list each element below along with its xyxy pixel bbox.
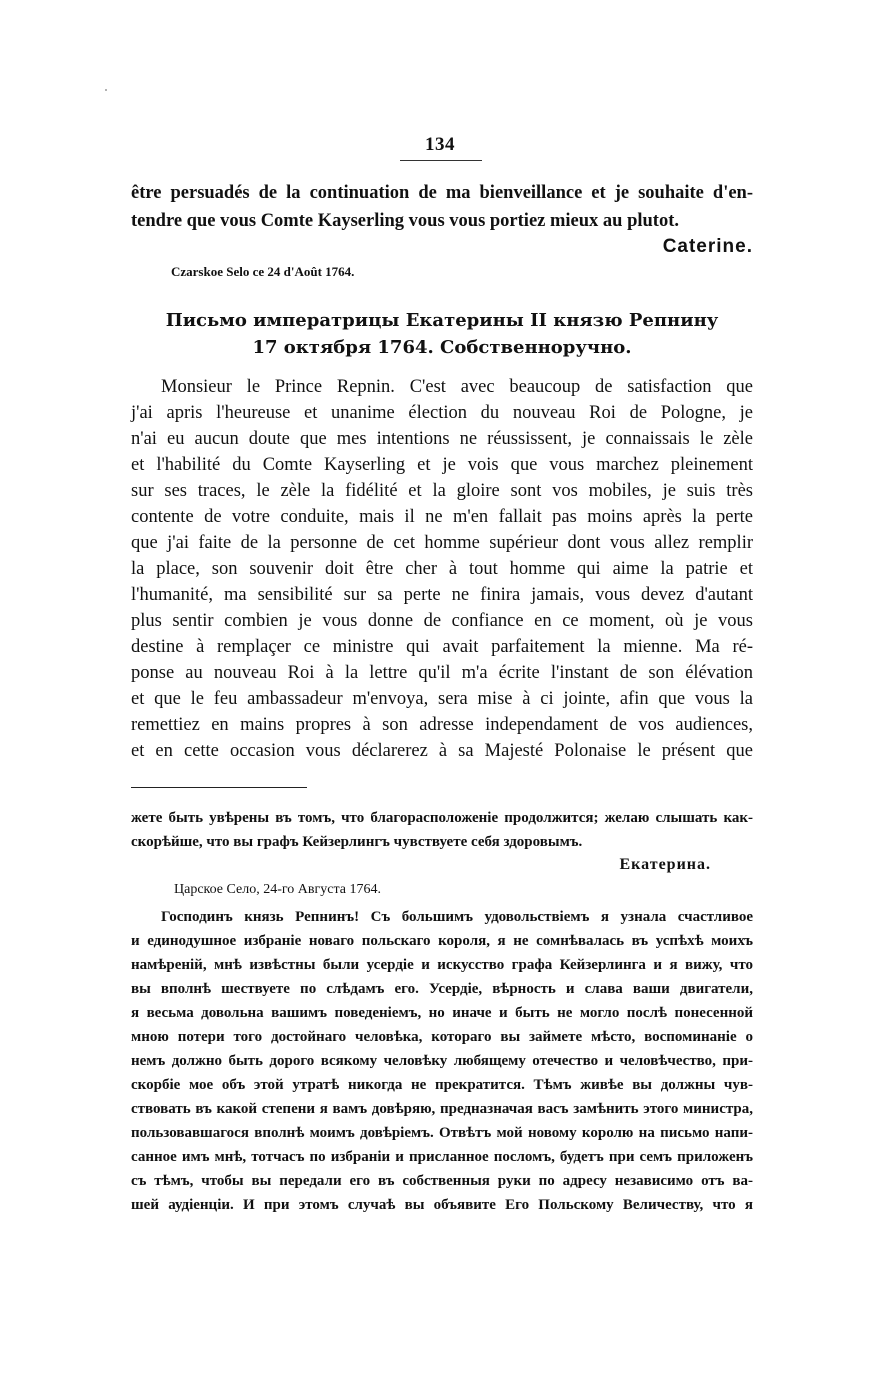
text-line: sur ses traces, le zèle la fidélité et l… [131, 478, 753, 504]
text-line: ствовать въ какой степени я вамъ довѣряю… [131, 1097, 753, 1121]
text-line: Господинъ князь Репнинъ! Съ большимъ удо… [131, 905, 753, 929]
signature: Екатерина. [619, 856, 711, 874]
section-heading: Письмо императрицы Екатерины II князю Ре… [131, 307, 753, 361]
text-line: plus sentir combien je vous donne de con… [131, 608, 753, 634]
text-line: et que le feu ambassadeur m'envoya, sera… [131, 686, 753, 712]
text-line: намѣренiй, мнѣ извѣстны были усердiе и и… [131, 953, 753, 977]
text-line: пользовавшагося вполнѣ моимъ довѣрiемъ. … [131, 1121, 753, 1145]
text-line: j'ai apris l'heureuse et unanime électio… [131, 400, 753, 426]
text-line: contente de votre conduite, mais il ne m… [131, 504, 753, 530]
letter-body-french: Monsieur le Prince Repnin. C'est avec be… [131, 374, 753, 774]
text-line: шей аудiенцiи. И при этомъ случаѣ вы объ… [131, 1193, 753, 1217]
text-line: l'humanité, ma sensibilité sur sa perte … [131, 582, 753, 608]
text-line: я весьма довольна вашимъ поведенiемъ, но… [131, 1001, 753, 1025]
footnote-rule [131, 787, 307, 788]
text-line: remettiez en mains propres à son adresse… [131, 712, 753, 738]
letter-date: Czarskoe Selo ce 24 d'Août 1764. [171, 264, 354, 280]
text-line: la place, son souvenir doit être cher à … [131, 556, 753, 582]
signature: Caterine. [663, 236, 753, 258]
text-line: et l'habilité du Comte Kayserling et je … [131, 452, 753, 478]
text-line: destine à remplaçer ce ministre qui avai… [131, 634, 753, 660]
text-line: et en cette occasion vous déclarerez à s… [131, 738, 753, 764]
translation-previous-ending: жете быть увѣрены въ томъ, что благорасп… [131, 806, 753, 896]
text-line: санное имъ мнѣ, тотчасъ по избранiи и пр… [131, 1145, 753, 1169]
text-line: съ тѣмъ, чтобы вы передали его въ собств… [131, 1169, 753, 1193]
previous-letter-ending: être persuadés de la continuation de ma … [131, 180, 753, 280]
text-line: Monsieur le Prince Repnin. C'est avec be… [131, 374, 753, 400]
text-line: скорѣйше, что вы графъ Кейзерлингъ чувст… [131, 830, 753, 854]
text-line: que j'ai faite de la personne de cet hom… [131, 530, 753, 556]
page-number-rule [400, 160, 482, 161]
page-number: 134 [400, 134, 480, 156]
text-line: tendre que vous Comte Kayserling vous vo… [131, 208, 753, 234]
text-line: être persuadés de la continuation de ma … [131, 180, 753, 206]
text-line: немъ должно быть дорого всякому человѣку… [131, 1049, 753, 1073]
text-line: вы вполнѣ шествуете по слѣдамъ его. Усер… [131, 977, 753, 1001]
text-line: ponse au nouveau Roi à la lettre qu'il m… [131, 660, 753, 686]
letter-body-russian: Господинъ князь Репнинъ! Съ большимъ удо… [131, 905, 753, 1225]
text-line: скорбiе мое объ этой утратѣ никогда не п… [131, 1073, 753, 1097]
text-line: мною потери того достойнаго человѣка, ко… [131, 1025, 753, 1049]
heading-line-1: Письмо императрицы Екатерины II князю Ре… [131, 307, 753, 334]
text-line: и единодушное избранiе новаго польскаго … [131, 929, 753, 953]
letter-date: Царское Село, 24-го Августа 1764. [174, 882, 381, 898]
scan-speck [105, 89, 107, 91]
text-line: жете быть увѣрены въ томъ, что благорасп… [131, 806, 753, 830]
text-line: n'ai eu aucun doute que mes intentions n… [131, 426, 753, 452]
heading-line-2: 17 октября 1764. Собственноручно. [131, 334, 753, 361]
